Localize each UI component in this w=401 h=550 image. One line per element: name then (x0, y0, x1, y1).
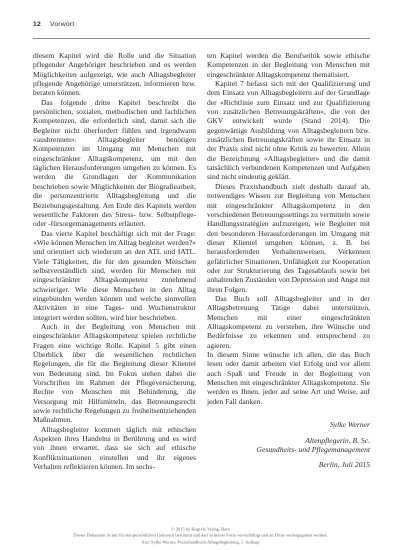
copyright-line: © 2015 by Hogrefe Verlag, Bern (72, 527, 329, 531)
signature-block: Sylke Werner Altenpflegerin, B. Sc. Gesu… (207, 420, 370, 469)
paragraph: In diesem Sinne wünsche ich allen, die d… (207, 350, 370, 406)
paragraph: ten Kapitel werden die Berufsethik sowie… (207, 51, 370, 79)
body-text: diesem Kapitel wird die Rolle und die Si… (33, 51, 370, 471)
paragraph: Kapitel 7 befasst sich mit der Qualifizi… (207, 79, 370, 182)
page-number: 12 (33, 21, 41, 28)
running-head: 12Vorwort (33, 21, 370, 28)
paragraph: Das vierte Kapitel beschäftigt sich mit … (33, 229, 196, 322)
section-title: Vorwort (50, 21, 74, 28)
usage-notice-line: Dieses Dokument ist nur für den persönli… (72, 533, 329, 537)
paragraph: Alltagsbegleiter kommen täglich mit ethi… (33, 425, 196, 472)
book-page: 12Vorwort diesem Kapitel wird die Rolle … (0, 0, 401, 550)
paragraph: Dieses Praxishandbuch zielt deshalb dara… (207, 182, 370, 294)
author-name: Sylke Werner (207, 420, 370, 430)
copyright-footer: © 2015 by Hogrefe Verlag, Bern Dieses Do… (0, 526, 401, 546)
source-line: Aus: Sylke Werner, Praxishandbuch Alltag… (72, 540, 329, 544)
paragraph: Das Buch soll Alltagsbegleiter und in de… (207, 294, 370, 350)
place-and-date: Berlin, Juli 2015 (207, 460, 370, 470)
left-column: diesem Kapitel wird die Rolle und die Si… (33, 51, 196, 471)
author-qualification: Gesundheits- und Pflegemanagement (207, 445, 370, 455)
header-rule (33, 38, 370, 39)
paragraph: Das folgende dritte Kapitel beschreibt d… (33, 98, 196, 229)
paragraph: diesem Kapitel wird die Rolle und die Si… (33, 51, 196, 98)
right-column: ten Kapitel werden die Berufsethik sowie… (207, 51, 370, 471)
author-title: Altenpflegerin, B. Sc. (207, 436, 370, 446)
paragraph: Auch in der Begleitung von Menschen mit … (33, 322, 196, 425)
